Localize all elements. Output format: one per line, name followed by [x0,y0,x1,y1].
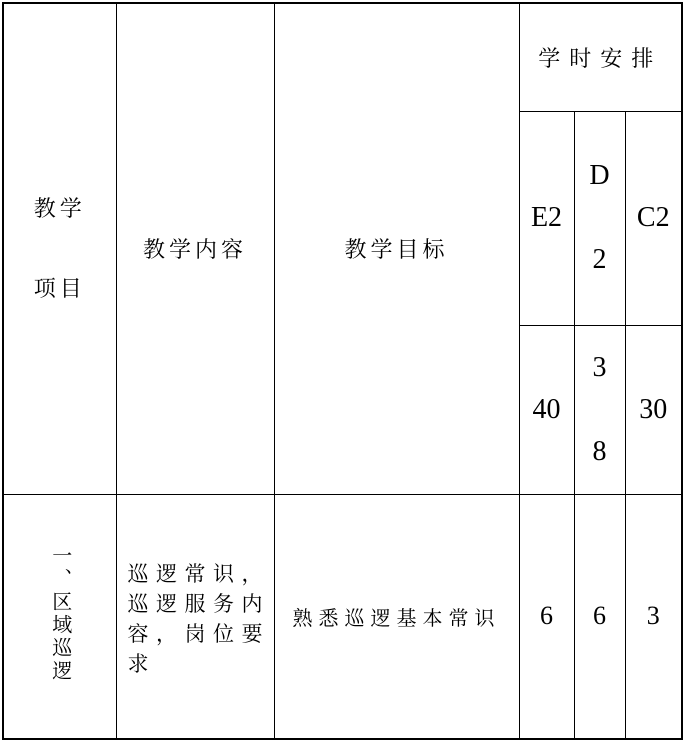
document-page: 教学项目 教学内容 教学目标 学时安排 E2 D2 C2 [0,0,686,744]
hour-col-d2-label: D2 [587,134,612,302]
hour-total-e2-value: 40 [533,394,561,425]
header-hours-title-cell: 学时安排 [519,3,682,111]
header-hours-title-label: 学时安排 [538,46,662,71]
row-objective-text: 熟悉巡逻基本常识 [293,608,501,630]
row-objective-cell: 熟悉巡逻基本常识 [274,494,519,739]
table-row: 一、区域巡逻 巡逻常识，巡逻服务内容，岗位要求 熟悉巡逻基本常识 6 6 3 [3,494,682,739]
row-hours-e2-value: 6 [540,601,553,630]
hour-col-e2-cell: E2 [519,111,574,325]
row-content-cell: 巡逻常识，巡逻服务内容，岗位要求 [116,494,274,739]
hour-total-d2-cell: 38 [574,325,625,494]
hour-total-e2-cell: 40 [519,325,574,494]
row-hours-d2-cell: 6 [574,494,625,739]
hour-col-c2-cell: C2 [625,111,682,325]
row-content-text: 巡逻常识，巡逻服务内容，岗位要求 [128,559,267,679]
row-project-label: 一、区域巡逻 [50,545,70,683]
row-hours-d2-value: 6 [593,601,606,630]
header-project-label: 教学项目 [32,169,87,329]
header-row-top: 教学项目 教学内容 教学目标 学时安排 [3,3,682,111]
hour-total-c2-value: 30 [639,394,667,425]
hour-col-e2-label: E2 [531,202,562,233]
hour-total-c2-cell: 30 [625,325,682,494]
row-hours-e2-cell: 6 [519,494,574,739]
teaching-schedule-table: 教学项目 教学内容 教学目标 学时安排 E2 D2 C2 [2,2,683,740]
row-hours-c2-cell: 3 [625,494,682,739]
row-project-cell: 一、区域巡逻 [3,494,116,739]
header-content-label: 教学内容 [143,237,247,262]
header-objective-label: 教学目标 [344,237,448,262]
header-content-cell: 教学内容 [116,3,274,494]
hour-col-d2-cell: D2 [574,111,625,325]
hour-total-d2-value: 38 [587,326,612,494]
row-hours-c2-value: 3 [647,601,660,630]
header-project-cell: 教学项目 [3,3,116,494]
hour-col-c2-label: C2 [637,202,670,233]
header-objective-cell: 教学目标 [274,3,519,494]
